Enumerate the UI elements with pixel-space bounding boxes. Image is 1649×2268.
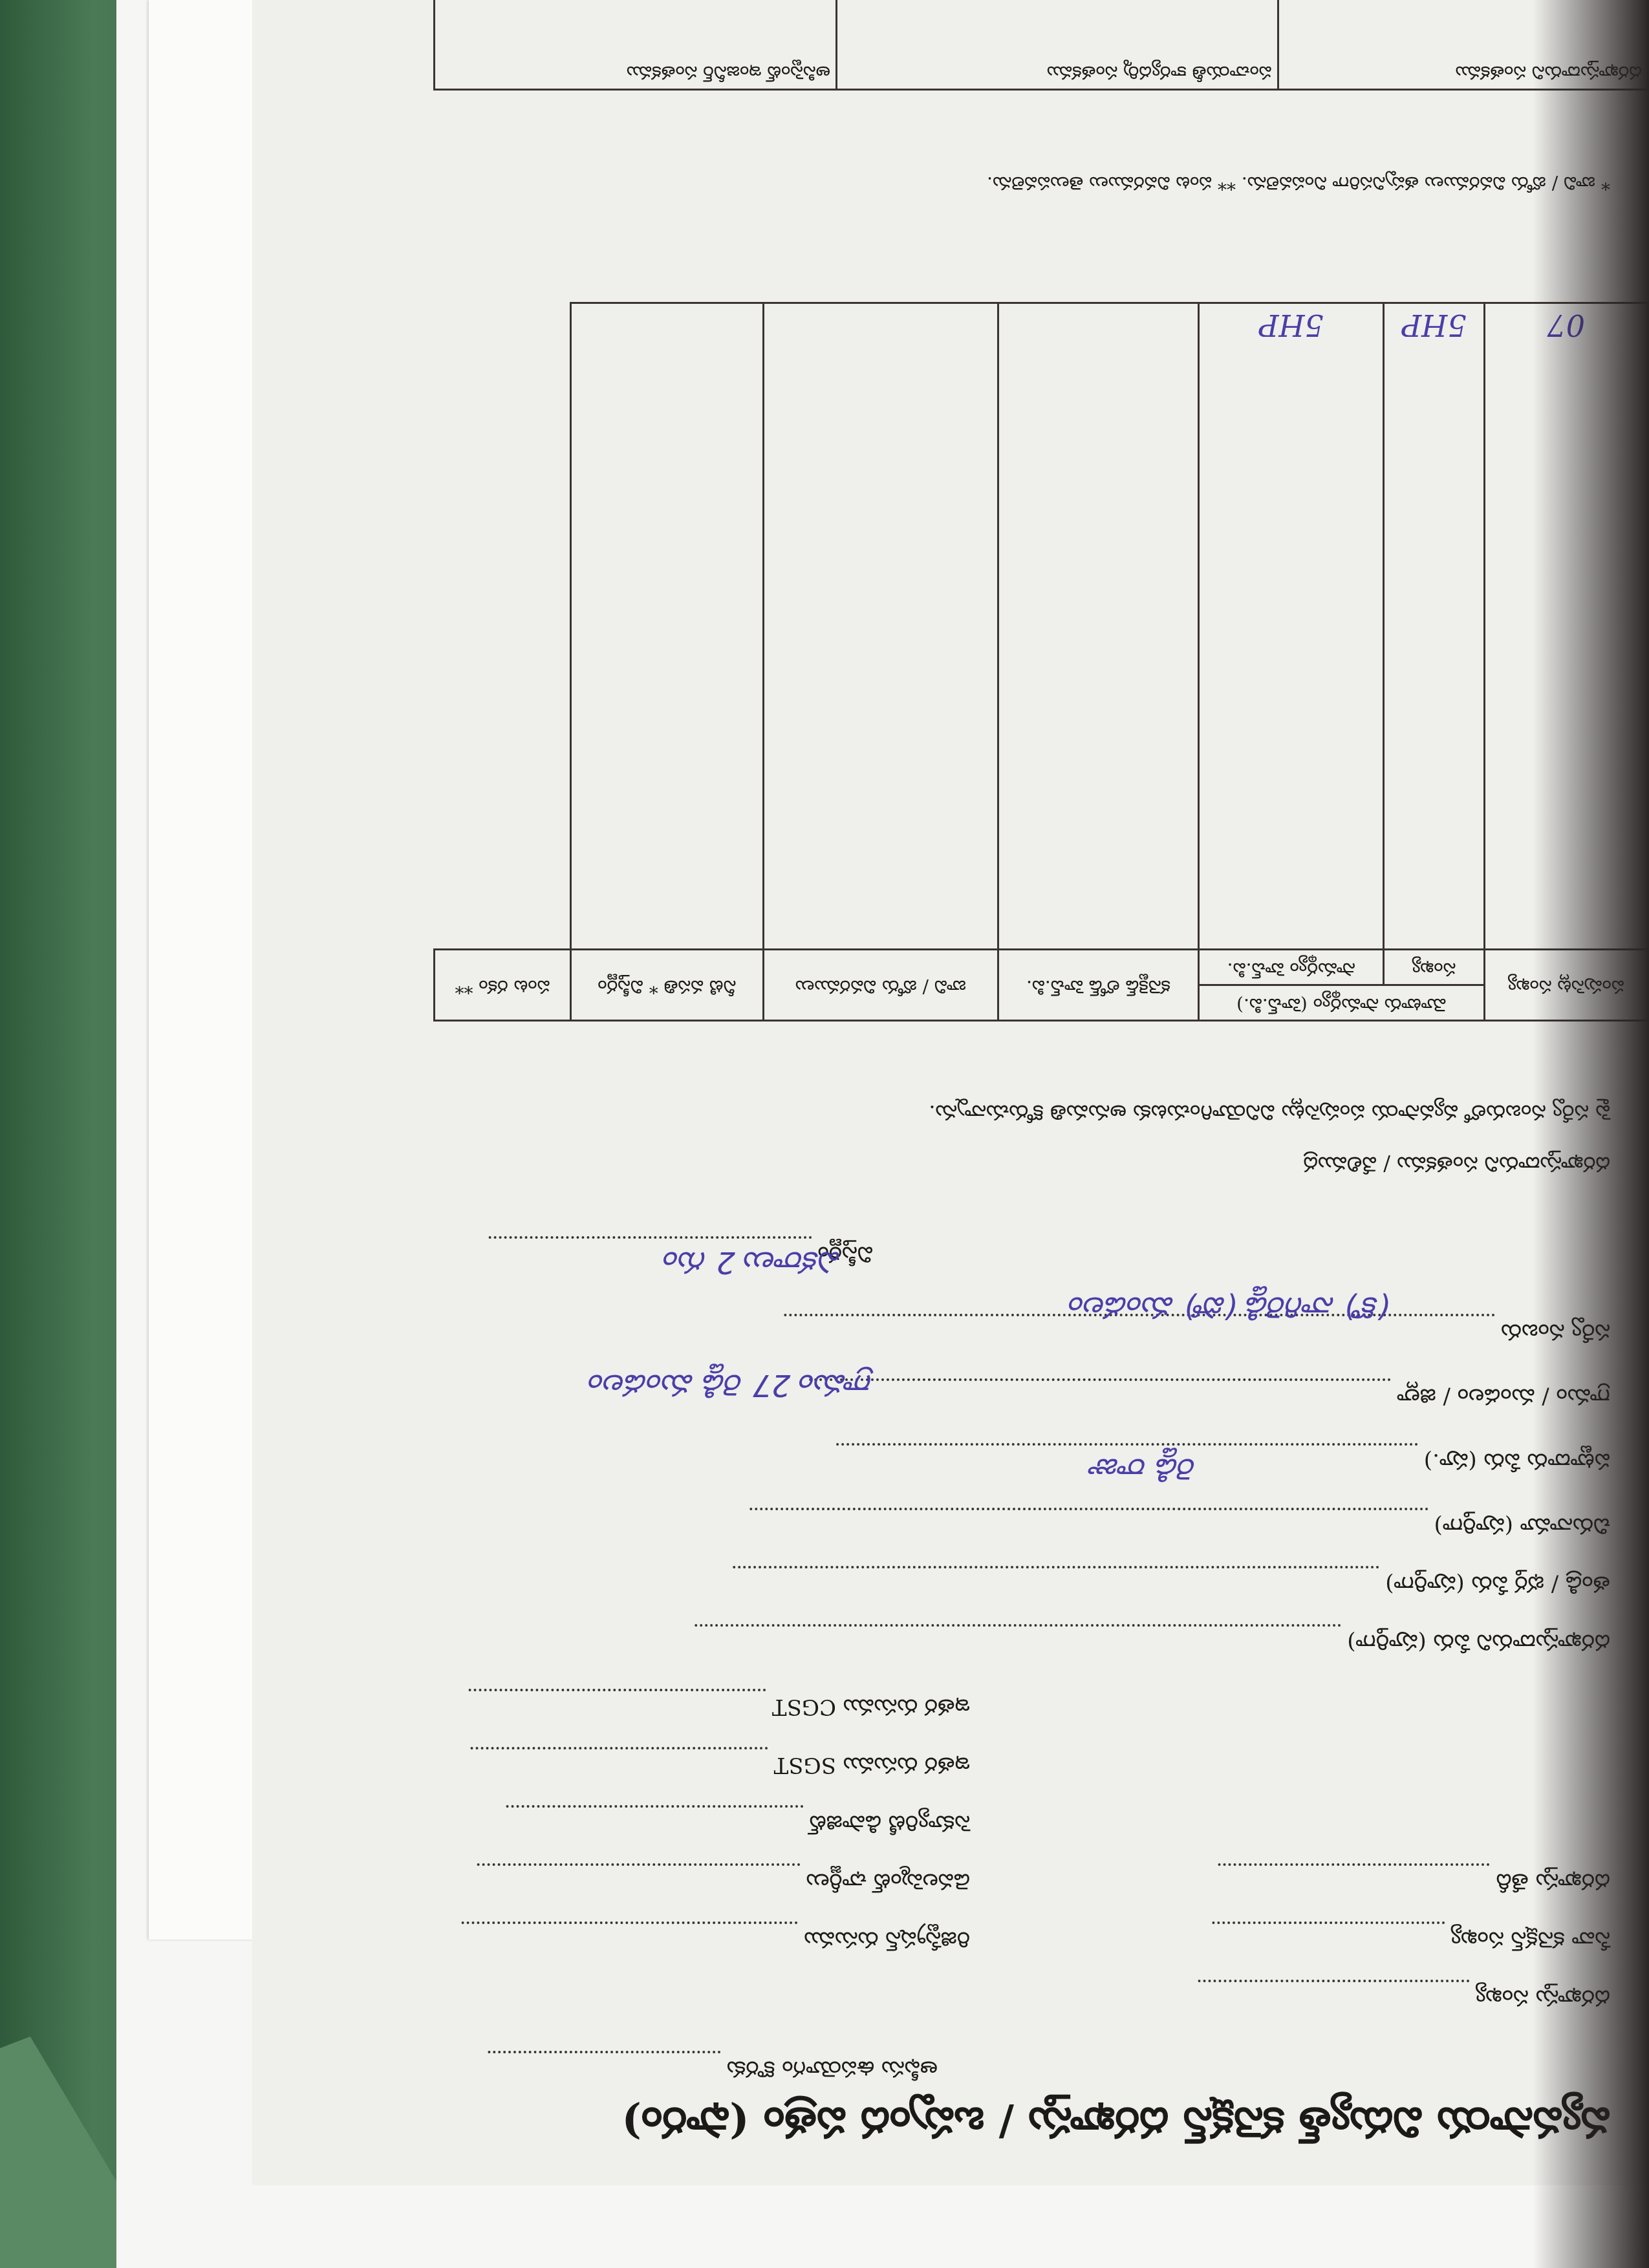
field-cgst[interactable]: ఇతర రుసుము CGST bbox=[468, 1689, 970, 1720]
cell-motor-hp[interactable]: 5HP bbox=[1198, 303, 1383, 950]
signature-table: దరఖాస్తుదారుని సంతకము పంచాయతీ కార్యదర్శి… bbox=[433, 0, 1649, 91]
note-signature: దరఖాస్తుదారుని సంతకము / వేలిముద్ర bbox=[1303, 1147, 1610, 1177]
form-title: వ్యవసాయ విద్యుత్ కనెక్షన్ దరఖాస్తు / ఒప్… bbox=[621, 2088, 1610, 2146]
field-application-no[interactable]: దరఖాస్తు సంఖ్య bbox=[1198, 1980, 1610, 2011]
field-pattadar-name[interactable]: పట్టాదారు పేరు (పూ.) bbox=[835, 1443, 1610, 1474]
field-application-date[interactable]: దరఖాస్తు తేదీ bbox=[1218, 1863, 1610, 1894]
cell-well-details[interactable] bbox=[998, 303, 1199, 950]
handwritten-village: గ్రామం 27 రెడ్డి మండలం bbox=[589, 1360, 873, 1403]
handwritten-survey-no: (కొ) నాగిరెడ్డి (పో) మండలం bbox=[1070, 1283, 1390, 1325]
subcol-count: సంఖ్య bbox=[1384, 950, 1484, 985]
cell-irrigated-area[interactable] bbox=[763, 303, 998, 950]
pumpset-details-table: పంపుసెట్ల సంఖ్య మోటారు సామర్థ్యం (హెచ్.ప… bbox=[433, 302, 1649, 1022]
signature-applicant[interactable]: దరఖాస్తుదారుని సంతకము bbox=[1278, 0, 1648, 90]
cell-pumpsets[interactable]: 07 bbox=[1484, 303, 1648, 950]
office-use-label: ఆఫీసు ఉపయోగం కొరకు bbox=[488, 2051, 938, 2082]
cell-motor-count[interactable]: 5HP bbox=[1384, 303, 1484, 950]
field-service-no[interactable]: సేవా కనెక్షన్ సంఖ్య bbox=[1212, 1921, 1610, 1952]
col-connected-load: కనెక్టెడ్ లోడ్ హెచ్.పి. bbox=[998, 950, 1199, 1021]
field-village[interactable]: గ్రామం / మండలం / జిల్లా bbox=[808, 1378, 1610, 1409]
table-header-row: పంపుసెట్ల సంఖ్య మోటారు సామర్థ్యం (హెచ్.ప… bbox=[435, 985, 1648, 1021]
declaration-text: పై సర్వే నంబరులో వ్యవసాయ పంపుసెట్లు విని… bbox=[929, 1095, 1610, 1125]
field-address[interactable]: చిరునామా (పూర్తిగా) bbox=[749, 1508, 1610, 1539]
field-security-deposit[interactable]: సెక్యూరిటీ డిపాజిట్ bbox=[506, 1805, 970, 1836]
handwritten-pattadar-name: రెడ్డి రాజు bbox=[1090, 1444, 1196, 1487]
field-registration-fee[interactable]: రిజిస్ట్రేషన్ రుసుము bbox=[461, 1921, 970, 1952]
col-crop-type: పంట రకం ** bbox=[435, 950, 571, 1021]
subcol-capacity: సామర్థ్యం హెచ్.పి. bbox=[1198, 950, 1383, 985]
footnote: * బావి / బోరు వివరములు తప్పనిసరిగా నింపవ… bbox=[987, 168, 1610, 194]
field-father-name[interactable]: తండ్రి / భర్త పేరు (పూర్తిగా) bbox=[732, 1566, 1610, 1597]
col-pumpsets: పంపుసెట్ల సంఖ్య bbox=[1484, 950, 1648, 1021]
signature-engineer[interactable]: అసిస్టెంట్ ఇంజనీర్ సంతకము bbox=[435, 0, 837, 90]
col-motor-capacity: మోటారు సామర్థ్యం (హెచ్.పి.) bbox=[1198, 985, 1484, 1021]
cell-crop-type[interactable] bbox=[570, 303, 763, 950]
col-well-details: బావి / బోరు వివరములు bbox=[763, 950, 998, 1021]
handwritten-extent: ఎకరాలు 2 గుం bbox=[664, 1237, 841, 1280]
signature-panchayat[interactable]: పంచాయతీ కార్యదర్శి సంతకము bbox=[836, 0, 1278, 90]
field-sgst[interactable]: ఇతర రుసుము SGST bbox=[470, 1747, 970, 1778]
form-content-rotated: వ్యవసాయ విద్యుత్ కనెక్షన్ దరఖాస్తు / ఒప్… bbox=[252, 0, 1649, 2185]
field-applicant-name[interactable]: దరఖాస్తుదారుని పేరు (పూర్తిగా) bbox=[694, 1624, 1610, 1655]
table-row: 07 5HP 5HP bbox=[435, 303, 1648, 950]
field-development-charges[interactable]: డెవలప్మెంట్ ఛార్జీలు bbox=[477, 1863, 970, 1894]
col-irrigated-area: నీటి వసతి * విస్తీర్ణం bbox=[570, 950, 763, 1021]
